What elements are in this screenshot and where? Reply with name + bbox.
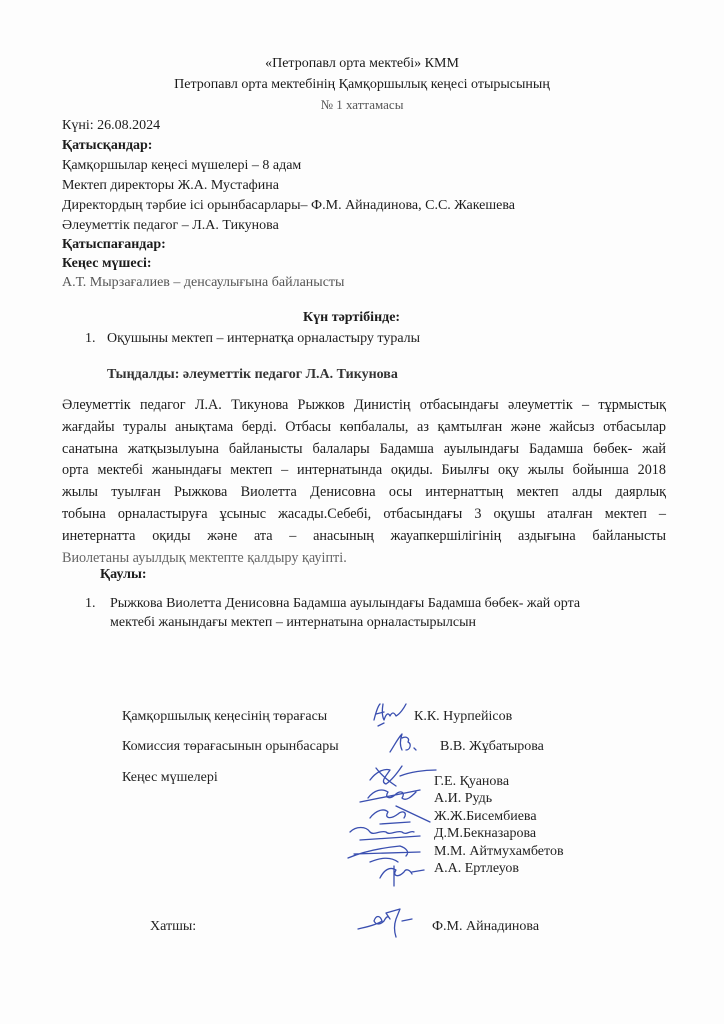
- resolution-item-number: 1.: [85, 596, 96, 612]
- members-label: Кеңес мүшелері: [122, 770, 218, 786]
- attendee-item: Қамқоршылар кеңесі мүшелері – 8 адам: [62, 158, 301, 174]
- report-line: инетернатта оқиды және ата – анасының жа…: [62, 526, 666, 548]
- agenda-item-number: 1.: [85, 331, 96, 347]
- absent-member: А.Т. Мырзағалиев – денсаулығына байланыс…: [62, 275, 344, 291]
- report-line: орта мектебі жанындағы мектеп – интернат…: [62, 460, 666, 482]
- report-line: жағдайы туралы анықтама берді. Отбасы кө…: [62, 417, 666, 439]
- secretary-label: Хатшы:: [150, 919, 196, 935]
- council-member: Ж.Ж.Бисембиева: [434, 808, 564, 825]
- secretary-signature: [356, 905, 416, 941]
- council-member: А.А. Ертлеуов: [434, 860, 564, 877]
- chair-name: К.К. Нурпейісов: [414, 709, 512, 725]
- protocol-number: № 1 хаттамасы: [0, 97, 724, 113]
- attendee-item: Әлеуметтік педагог – Л.А. Тикунова: [62, 218, 279, 234]
- attendees-heading: Қатысқандар:: [62, 138, 152, 154]
- agenda-heading: Күн тәртібінде:: [303, 310, 400, 326]
- council-member: Г.Е. Қуанова: [434, 773, 564, 790]
- chair-label: Қамқоршылық кеңесінің төрағасы: [122, 709, 327, 725]
- absent-heading: Қатыспағандар:: [62, 237, 166, 253]
- secretary-name: Ф.М. Айнадинова: [432, 919, 539, 935]
- council-member: А.И. Рудь: [434, 790, 564, 807]
- council-member: Д.М.Бекназарова: [434, 825, 564, 842]
- resolution-item-line: Рыжкова Виолетта Денисовна Бадамша ауылы…: [110, 596, 580, 612]
- report-line: тобына орналастыруға ұсыныс жасады.Себеб…: [62, 504, 666, 526]
- council-member-heading: Кеңес мүшесі:: [62, 256, 152, 272]
- deputy-signature: [388, 730, 428, 756]
- report-line: Әлеуметтік педагог Л.А. Тикунова Рыжков …: [62, 395, 666, 417]
- members-signatures: [340, 762, 440, 890]
- resolution-heading: Қаулы:: [100, 567, 147, 583]
- meeting-date: Күні: 26.08.2024: [62, 118, 160, 134]
- listened-line: Тыңдалды: әлеуметтік педагог Л.А. Тикуно…: [107, 367, 398, 383]
- report-line: санатына жатқызылуына байланысты балалар…: [62, 439, 666, 461]
- report-line: жылы туылған Рыжкова Виолетта Денисовна …: [62, 482, 666, 504]
- attendee-item: Мектеп директоры Ж.А. Мустафина: [62, 178, 279, 194]
- council-members-list: Г.Е. Қуанова А.И. Рудь Ж.Ж.Бисембиева Д.…: [434, 773, 564, 877]
- report-paragraph: Әлеуметтік педагог Л.А. Тикунова Рыжков …: [62, 395, 666, 569]
- report-last-line: Виолетаны ауылдық мектепте қалдыру қауіп…: [62, 548, 666, 570]
- council-member: М.М. Айтмухамбетов: [434, 843, 564, 860]
- agenda-item-text: Оқушыны мектеп – интернатқа орналастыру …: [107, 331, 420, 347]
- attendee-item: Директордың тәрбие ісі орынбасарлары– Ф.…: [62, 198, 515, 214]
- school-name: «Петропавл орта мектебі» КММ: [0, 56, 724, 72]
- chair-signature: [370, 700, 410, 730]
- deputy-label: Комиссия төрағасынын орынбасары: [122, 739, 339, 755]
- document-subtitle: Петропавл орта мектебінің Қамқоршылық ке…: [0, 77, 724, 93]
- resolution-item-line: мектебі жанындағы мектеп – интернатына о…: [110, 615, 476, 631]
- deputy-name: В.В. Жұбатырова: [440, 739, 544, 755]
- document-page: «Петропавл орта мектебі» КММ Петропавл о…: [0, 0, 724, 1024]
